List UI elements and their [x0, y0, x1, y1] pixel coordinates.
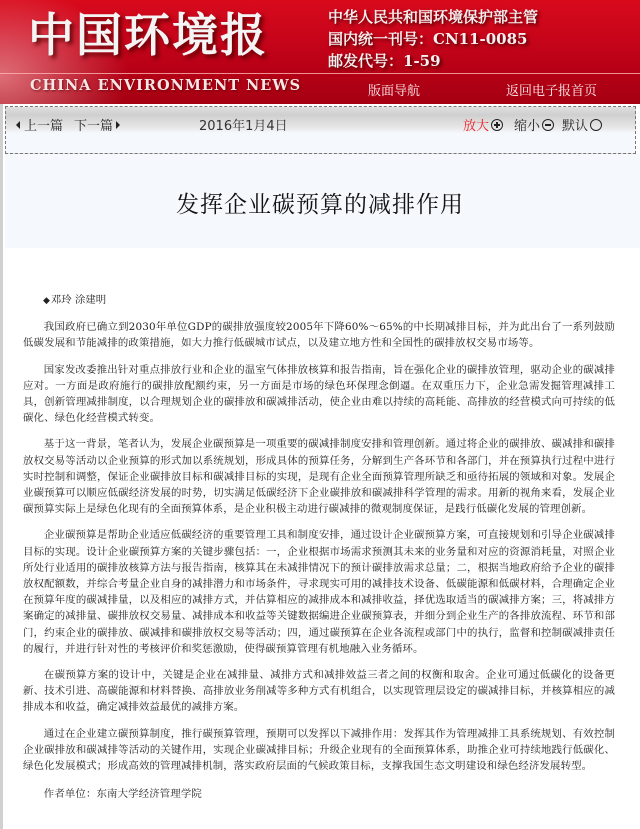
masthead-divider [0, 73, 640, 74]
paragraph: 基于这一背景，笔者认为，发展企业碳预算是一项重要的碳减排制度安排和管理创新。通过… [23, 436, 615, 517]
postal-code-line: 邮发代号：1-59 [328, 50, 538, 72]
paragraph: 通过在企业建立碳预算制度，推行碳预算管理，预期可以发挥以下减排作用：发挥其作为管… [23, 726, 615, 775]
issn-line: 国内统一刊号：CN11-0085 [328, 28, 538, 50]
next-article-button[interactable]: 下一篇 [74, 119, 120, 135]
previous-article-button[interactable]: 上一篇 [16, 119, 63, 135]
author-unit: 作者单位：东南大学经济管理学院 [23, 786, 615, 802]
publisher-line: 中华人民共和国环境保护部主管 [328, 6, 538, 28]
back-to-home-link[interactable]: 返回电子报首页 [506, 80, 597, 99]
plus-circle-icon [491, 119, 503, 131]
circle-icon [590, 119, 602, 131]
minus-circle-icon [542, 119, 554, 131]
reset-zoom-label: 默认 [562, 119, 588, 134]
previous-article-label: 上一篇 [24, 119, 63, 134]
reset-zoom-button[interactable]: 默认 [562, 119, 602, 135]
article-toolbar: 上一篇 下一篇 2016年1月4日 放大 缩小 默认 [5, 106, 636, 154]
paragraph: 在碳预算方案的设计中，关键是企业在减排量、减排方式和减排效益三者之间的权衡和取舍… [23, 667, 615, 716]
zoom-out-label: 缩小 [514, 119, 540, 134]
triangle-left-icon [16, 121, 20, 129]
paragraph: 企业碳预算是帮助企业适应低碳经济的重要管理工具和制度安排，通过设计企业碳预算方案… [23, 527, 615, 657]
page-navigation-link[interactable]: 版面导航 [368, 80, 420, 99]
paragraph: 国家发改委推出针对重点排放行业和企业的温室气体排放核算和报告指南，旨在强化企业的… [23, 362, 615, 427]
newspaper-logo-cn: 中国环境报 [28, 9, 268, 61]
publication-info: 中华人民共和国环境保护部主管 国内统一刊号：CN11-0085 邮发代号：1-5… [328, 6, 538, 72]
zoom-in-label: 放大 [463, 119, 489, 134]
article-title: 发挥企业碳预算的减排作用 [0, 186, 640, 219]
zoom-out-button[interactable]: 缩小 [514, 119, 554, 135]
triangle-right-icon [116, 121, 120, 129]
zoom-in-button[interactable]: 放大 [463, 119, 503, 135]
author-byline: ◆邓玲 涂建明 [43, 292, 615, 309]
paragraph: 我国政府已确立到2030年单位GDP的碳排放强度较2005年下降60%～65%的… [23, 319, 615, 351]
article-body: ◆邓玲 涂建明 我国政府已确立到2030年单位GDP的碳排放强度较2005年下降… [23, 292, 615, 812]
newspaper-logo-en: CHINA ENVIRONMENT NEWS [30, 77, 301, 94]
masthead-banner: 中国环境报 中华人民共和国环境保护部主管 国内统一刊号：CN11-0085 邮发… [0, 0, 640, 104]
issue-date: 2016年1月4日 [199, 119, 288, 135]
diamond-bullet-icon: ◆ [43, 296, 50, 306]
author-names: 邓玲 涂建明 [51, 294, 106, 306]
next-article-label: 下一篇 [74, 119, 113, 134]
